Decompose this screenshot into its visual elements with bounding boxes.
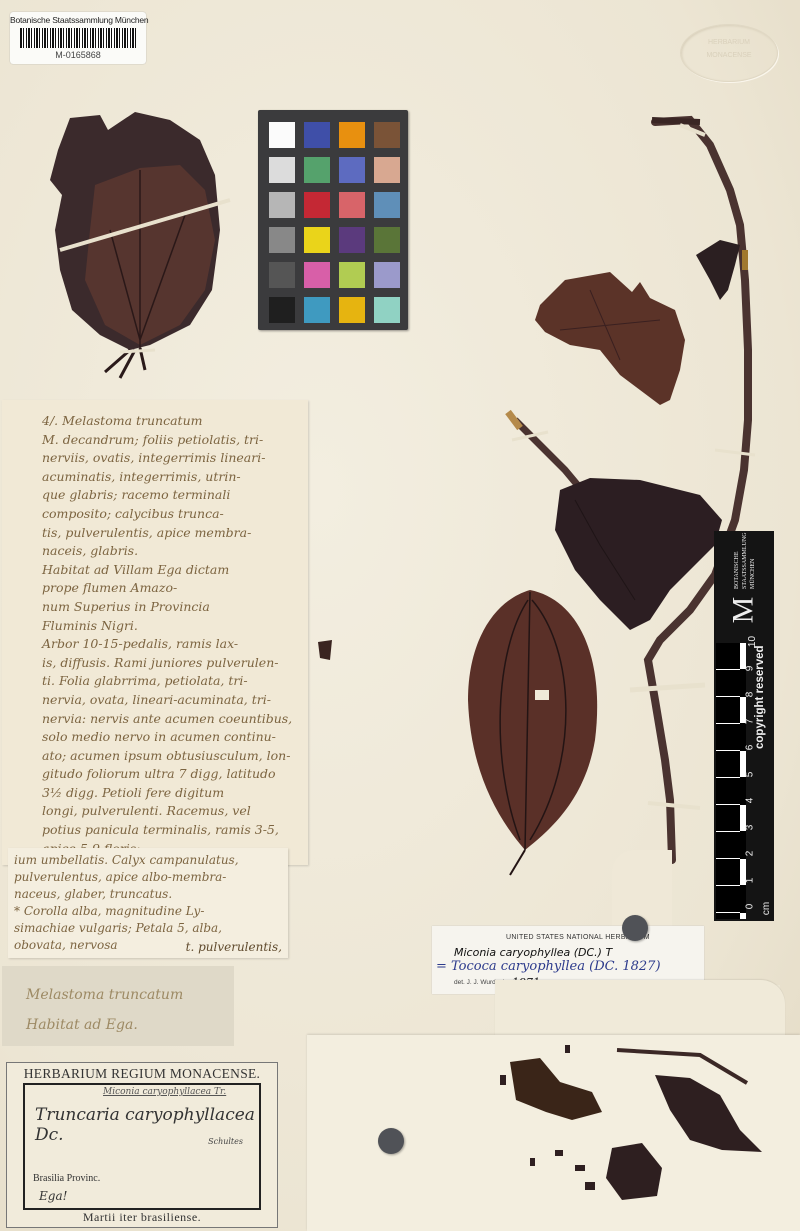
institution-logo: BOTANISCHE STAATSSAMMLUNG MÜNCHEN M (724, 539, 768, 639)
logo-mark: M (726, 597, 760, 624)
pin-icon (378, 1128, 404, 1154)
logo-text-2: STAATSSAMMLUNG (742, 532, 749, 589)
label-locality: Ega! (39, 1189, 67, 1203)
ruler-tick-label: 4 (744, 798, 755, 804)
label-collector: Schultes (208, 1137, 243, 1146)
label-province: Brasilia Provinc. (33, 1173, 100, 1184)
ruler-tick-label: 3 (744, 824, 755, 830)
logo-text-1: BOTANISCHE (734, 551, 741, 589)
ruler-checker (716, 643, 741, 919)
logo-text-3: MÜNCHEN (750, 559, 757, 589)
scale-bar: BOTANISCHE STAATSSAMMLUNG MÜNCHEN M 0123… (714, 531, 774, 921)
herbarium-label: HERBARIUM REGIUM MONACENSE. Miconia cary… (6, 1062, 278, 1228)
ruler-tick-label: 5 (744, 771, 755, 777)
ruler-tick-label: 2 (744, 851, 755, 857)
label-determination: Miconia caryophyllacea Tr. (103, 1087, 226, 1097)
label-footer: Martii iter brasiliense. (7, 1210, 277, 1225)
ruler-tick-label: 0 (744, 904, 755, 910)
unit-label: cm (761, 902, 772, 915)
ruler-tick-label: 1 (744, 877, 755, 883)
envelope-contents (0, 0, 800, 1231)
pin-icon (622, 915, 648, 941)
copyright-text: copyright reserved (754, 645, 766, 749)
label-header: HERBARIUM REGIUM MONACENSE. (7, 1066, 277, 1082)
label-frame: Miconia caryophyllacea Tr. Truncaria car… (23, 1083, 261, 1210)
